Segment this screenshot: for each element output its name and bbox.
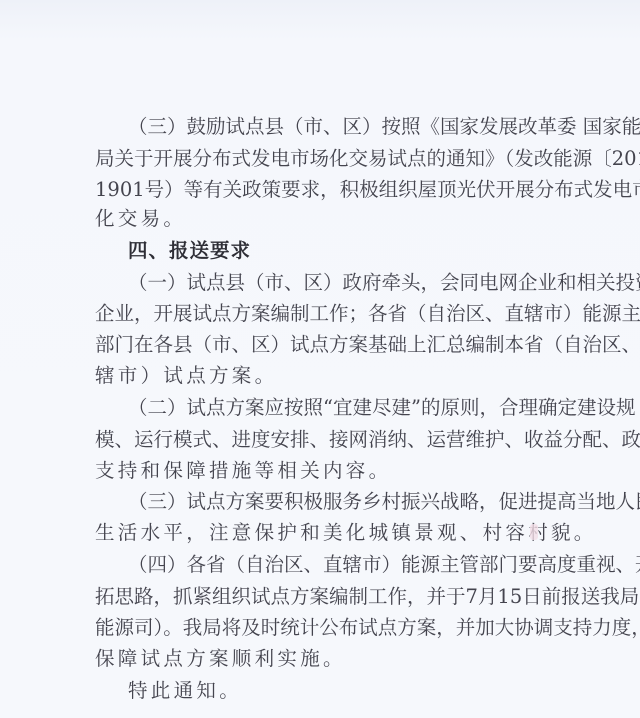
- text-line: 企业，开展试点方案编制工作；各省（自治区、直辖市）能源主管: [95, 302, 585, 326]
- text-line: （三）试点方案要积极服务乡村振兴战略，促进提高当地人民: [128, 490, 585, 514]
- text-line: （一）试点县（市、区）政府牵头，会同电网企业和相关投资: [128, 271, 585, 295]
- text-line: 拓思路，抓紧组织试点方案编制工作，并于7月15日前报送我局（新: [95, 585, 585, 609]
- text-line: 特此通知。: [128, 679, 585, 703]
- text-line: 生活水平，注意保护和美化城镇景观、村容村貌。: [95, 521, 585, 545]
- text-line: 化交易。: [95, 207, 585, 231]
- text-line: （四）各省（自治区、直辖市）能源主管部门要高度重视、开: [128, 553, 585, 577]
- text-line: 模、运行模式、进度安排、接网消纳、运营维护、收益分配、政策: [95, 428, 585, 452]
- text-line: 局关于开展分布式发电市场化交易试点的通知》（发改能源〔2017〕: [95, 147, 585, 171]
- text-line: 能源司）。我局将及时统计公布试点方案，并加大协调支持力度，: [95, 616, 585, 640]
- text-line: （二）试点方案应按照“宜建尽建”的原则，合理确定建设规: [128, 396, 585, 420]
- text-line: 支持和保障措施等相关内容。: [95, 459, 585, 483]
- scan-artifact: [530, 524, 538, 540]
- text-line: 1901号）等有关政策要求，积极组织屋顶光伏开展分布式发电市场: [95, 178, 585, 202]
- text-line: 部门在各县（市、区）试点方案基础上汇总编制本省（自治区、直: [95, 333, 585, 357]
- text-line: 保障试点方案顺利实施。: [95, 647, 585, 671]
- section-heading: 四、报送要求: [128, 239, 618, 263]
- document-page: （三）鼓励试点县（市、区）按照《国家发展改革委 国家能源局关于开展分布式发电市场…: [0, 0, 640, 718]
- text-line: （三）鼓励试点县（市、区）按照《国家发展改革委 国家能源: [128, 115, 585, 139]
- text-line: 辖市）试点方案。: [95, 364, 585, 388]
